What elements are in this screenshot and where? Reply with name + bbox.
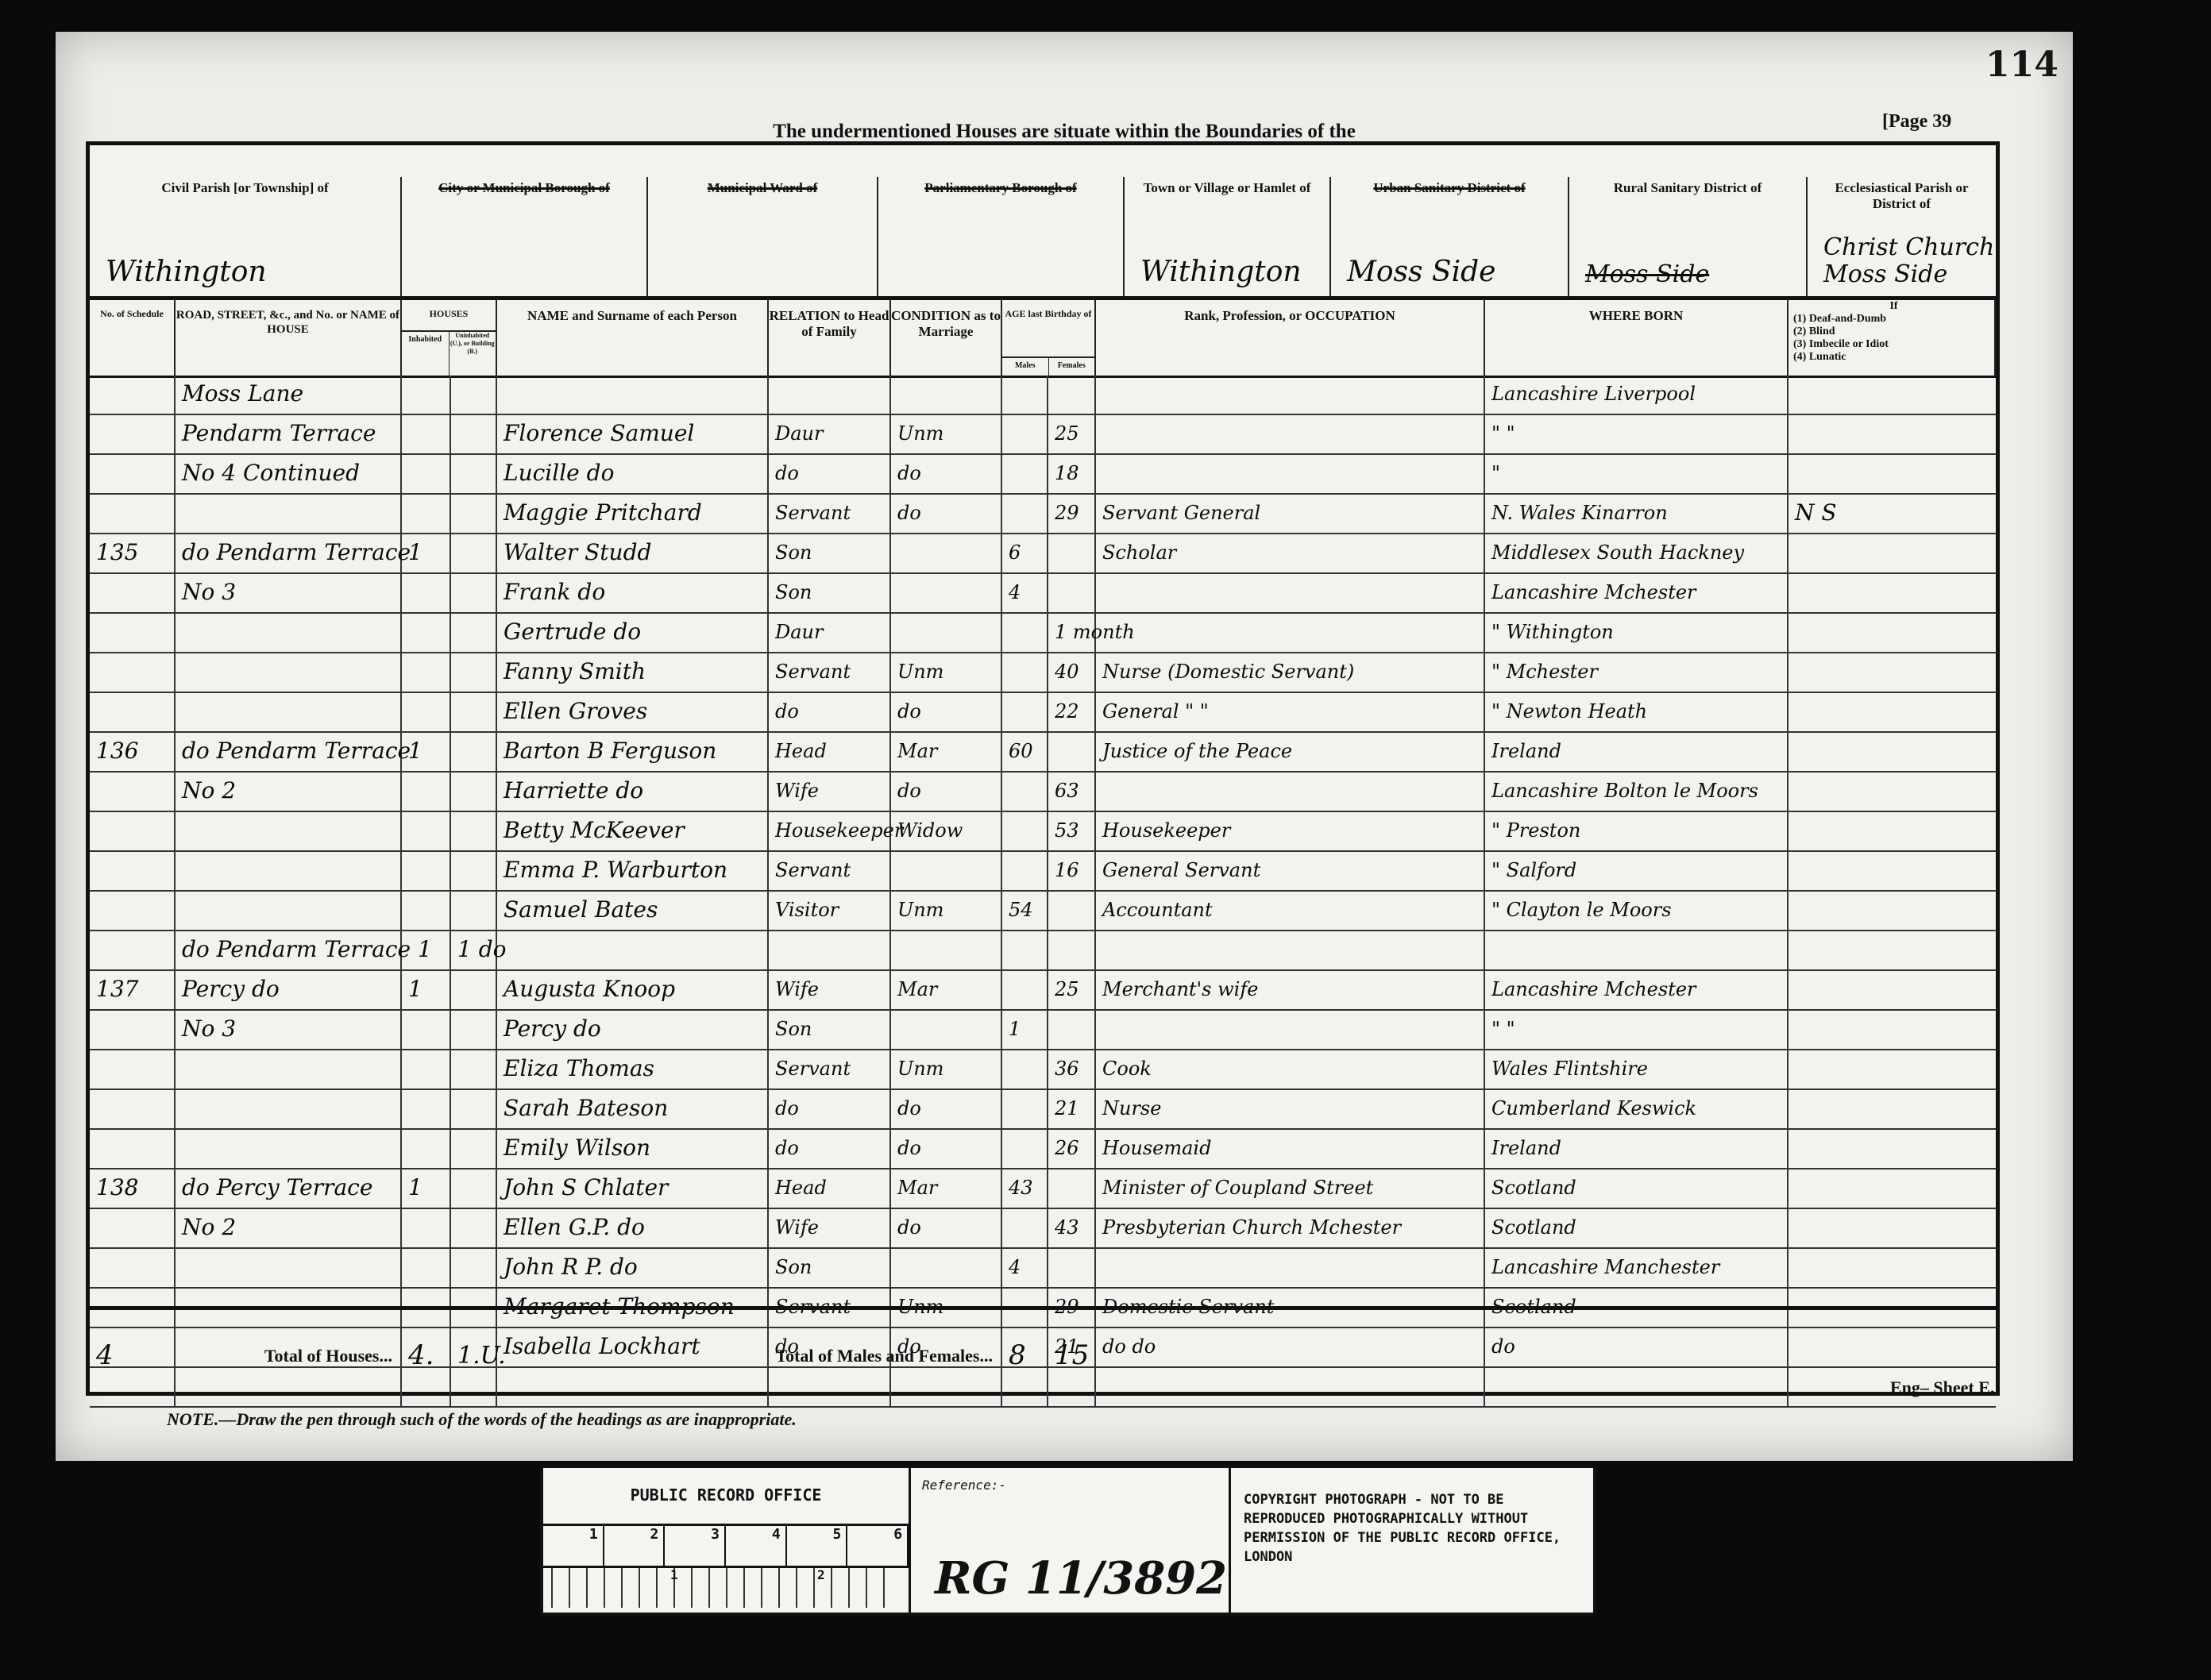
cell-uninh	[451, 693, 497, 731]
boundary-rural-sanitary: Rural Sanitary District of Moss Side	[1569, 177, 1808, 296]
cell-relation: Servant	[769, 852, 891, 890]
table-header: No. of Schedule ROAD, STREET, &c., and N…	[90, 300, 1996, 378]
census-rows: Moss LaneLancashire LiverpoolPendarm Ter…	[90, 376, 1996, 1408]
cell-male: 4	[1002, 574, 1048, 612]
cell-road	[176, 693, 402, 731]
cell-name: Frank do	[497, 574, 769, 612]
cell-male	[1002, 693, 1048, 731]
boundary-ecclesiastical: Ecclesiastical Parish or District of Chr…	[1808, 177, 1996, 296]
cell-uninh	[451, 534, 497, 572]
cell-infirmity	[1788, 415, 1996, 453]
cell-infirmity	[1788, 1169, 1996, 1208]
cell-born: Lancashire Manchester	[1485, 1249, 1788, 1287]
cell-name: Augusta Knoop	[497, 971, 769, 1009]
cell-condition: do	[891, 1090, 1002, 1128]
cell-road: do Pendarm Terrace	[176, 534, 402, 572]
cell-infirmity	[1788, 773, 1996, 811]
cell-infirmity	[1788, 376, 1996, 414]
cell-relation: do	[769, 693, 891, 731]
ruler-cm: 1 2 3 4 5 6	[543, 1526, 909, 1568]
cell-inh	[402, 812, 451, 850]
boundary-municipal-borough: City or Municipal Borough of	[402, 177, 648, 296]
cell-inh	[402, 1209, 451, 1247]
cell-female: 40	[1048, 653, 1096, 692]
cell-infirmity	[1788, 812, 1996, 850]
cell-condition: do	[891, 455, 1002, 493]
cell-infirmity	[1788, 653, 1996, 692]
table-row: No 2Harriette doWifedo63Lancashire Bolto…	[90, 773, 1996, 812]
cell-infirmity	[1788, 455, 1996, 493]
cell-condition: do	[891, 773, 1002, 811]
cell-occupation: Minister of Coupland Street	[1096, 1169, 1485, 1208]
cell-uninh	[451, 1090, 497, 1128]
cell-condition: Mar	[891, 971, 1002, 1009]
cell-relation: Housekeeper	[769, 812, 891, 850]
cell-road: do Pendarm Terrace 1	[176, 931, 402, 969]
cell-uninh	[451, 812, 497, 850]
cell-uninh	[451, 376, 497, 414]
cell-male: 43	[1002, 1169, 1048, 1208]
reference-number: RG 11/3892	[935, 1552, 1227, 1605]
cell-uninh	[451, 733, 497, 771]
total-males: 8	[1002, 1310, 1048, 1401]
cell-schedule: 138	[90, 1169, 176, 1208]
cell-infirmity	[1788, 1090, 1996, 1128]
boundary-urban-sanitary: Urban Sanitary District of Moss Side	[1331, 177, 1569, 296]
cell-infirmity	[1788, 574, 1996, 612]
cell-inh	[402, 693, 451, 731]
cell-uninh	[451, 653, 497, 692]
cell-female: 25	[1048, 971, 1096, 1009]
cell-occupation: Presbyterian Church Mchester	[1096, 1209, 1485, 1247]
cell-female: 22	[1048, 693, 1096, 731]
cell-occupation	[1096, 455, 1485, 493]
col-name: NAME and Surname of each Person	[497, 300, 769, 376]
cell-male	[1002, 653, 1048, 692]
cell-relation: Visitor	[769, 892, 891, 930]
col-condition: CONDITION as to Marriage	[891, 300, 1002, 376]
cell-inh	[402, 1249, 451, 1287]
col-age: AGE last Birthday of Males Females	[1002, 300, 1096, 376]
table-row: Maggie PritchardServantdo29Servant Gener…	[90, 495, 1996, 534]
cell-condition: do	[891, 1130, 1002, 1168]
cell-schedule	[90, 931, 176, 969]
cell-male: 1	[1002, 1011, 1048, 1049]
cell-male	[1002, 495, 1048, 533]
cell-name: Emily Wilson	[497, 1130, 769, 1168]
cell-inh	[402, 1050, 451, 1089]
cell-name: Gertrude do	[497, 614, 769, 652]
table-row: No 2Ellen G.P. doWifedo43Presbyterian Ch…	[90, 1209, 1996, 1249]
table-row: Pendarm TerraceFlorence SamuelDaurUnm25"…	[90, 415, 1996, 455]
cell-road	[176, 852, 402, 890]
cell-schedule	[90, 812, 176, 850]
page-heading: The undermentioned Houses are situate wi…	[56, 121, 2073, 143]
cell-male	[1002, 971, 1048, 1009]
cell-inh	[402, 852, 451, 890]
cell-uninh	[451, 1130, 497, 1168]
cell-infirmity	[1788, 733, 1996, 771]
table-row: No 3Frank doSon4Lancashire Mchester	[90, 574, 1996, 614]
total-females: 15	[1048, 1310, 1096, 1401]
cell-infirmity	[1788, 1011, 1996, 1049]
cell-relation: Daur	[769, 415, 891, 453]
cell-relation: do	[769, 1130, 891, 1168]
cell-female	[1048, 534, 1096, 572]
col-schedule: No. of Schedule	[90, 300, 176, 376]
cell-uninh	[451, 1011, 497, 1049]
cell-schedule	[90, 773, 176, 811]
ruler-box: PUBLIC RECORD OFFICE 1 2 3 4 5 6 1 2	[543, 1468, 911, 1613]
cell-inh	[402, 1130, 451, 1168]
cell-male	[1002, 1050, 1048, 1089]
cell-name: Emma P. Warburton	[497, 852, 769, 890]
cell-condition: Unm	[891, 415, 1002, 453]
col-where-born: WHERE BORN	[1485, 300, 1788, 376]
cell-born: " Preston	[1485, 812, 1788, 850]
cell-road: Moss Lane	[176, 376, 402, 414]
cell-infirmity	[1788, 1050, 1996, 1089]
cell-occupation	[1096, 1011, 1485, 1049]
cell-relation: Daur	[769, 614, 891, 652]
cell-condition: Unm	[891, 1050, 1002, 1089]
cell-name: Barton B Ferguson	[497, 733, 769, 771]
cell-road	[176, 614, 402, 652]
cell-name: Samuel Bates	[497, 892, 769, 930]
cell-road	[176, 495, 402, 533]
sheet-label: Eng– Sheet E.	[1890, 1378, 1994, 1398]
cell-name: Sarah Bateson	[497, 1090, 769, 1128]
totals-row: 4 Total of Houses... 4. 1.U. Total of Ma…	[90, 1306, 1996, 1401]
cell-schedule	[90, 376, 176, 414]
table-row: Moss LaneLancashire Liverpool	[90, 376, 1996, 415]
cell-condition: do	[891, 495, 1002, 533]
cell-female	[1048, 1011, 1096, 1049]
cell-name: Ellen Groves	[497, 693, 769, 731]
cell-infirmity	[1788, 1249, 1996, 1287]
cell-born: " "	[1485, 415, 1788, 453]
cell-name: Fanny Smith	[497, 653, 769, 692]
cell-schedule	[90, 1011, 176, 1049]
cell-relation: Son	[769, 574, 891, 612]
cell-occupation: Housemaid	[1096, 1130, 1485, 1168]
cell-road	[176, 1050, 402, 1089]
cell-occupation: Cook	[1096, 1050, 1485, 1089]
cell-schedule	[90, 693, 176, 731]
cell-inh	[402, 614, 451, 652]
cell-occupation: Housekeeper	[1096, 812, 1485, 850]
cell-occupation	[1096, 931, 1485, 969]
cell-occupation: Servant General	[1096, 495, 1485, 533]
total-uninhabited: 1.U.	[451, 1310, 497, 1401]
cell-condition	[891, 1249, 1002, 1287]
footer-note: NOTE.—Draw the pen through such of the w…	[167, 1409, 797, 1430]
cell-road: No 4 Continued	[176, 455, 402, 493]
cell-born: Scotland	[1485, 1209, 1788, 1247]
cell-condition: do	[891, 693, 1002, 731]
cell-inh: 1	[402, 1169, 451, 1208]
cell-uninh	[451, 773, 497, 811]
cell-infirmity	[1788, 931, 1996, 969]
cell-name: Eliza Thomas	[497, 1050, 769, 1089]
cell-born: " Salford	[1485, 852, 1788, 890]
cell-occupation	[1096, 415, 1485, 453]
table-row: Fanny SmithServantUnm40Nurse (Domestic S…	[90, 653, 1996, 693]
cell-female: 1 month	[1048, 614, 1096, 652]
cell-road: do Pendarm Terrace	[176, 733, 402, 771]
cell-relation: Son	[769, 1249, 891, 1287]
table-row: 137Percy do1Augusta KnoopWifeMar25Mercha…	[90, 971, 1996, 1011]
cell-road	[176, 812, 402, 850]
cell-relation: Wife	[769, 971, 891, 1009]
cell-female	[1048, 1169, 1096, 1208]
cell-female	[1048, 376, 1096, 414]
cell-female	[1048, 574, 1096, 612]
cell-name: Walter Studd	[497, 534, 769, 572]
cell-born: " Clayton le Moors	[1485, 892, 1788, 930]
cell-road: No 2	[176, 1209, 402, 1247]
total-inhabited: 4.	[402, 1310, 451, 1401]
cell-condition	[891, 614, 1002, 652]
table-row: No 4 ContinuedLucille dododo18"	[90, 455, 1996, 495]
cell-name: Florence Samuel	[497, 415, 769, 453]
cell-condition	[891, 1011, 1002, 1049]
table-row: do Pendarm Terrace 11 do	[90, 931, 1996, 971]
cell-schedule	[90, 415, 176, 453]
cell-female: 26	[1048, 1130, 1096, 1168]
cell-condition	[891, 852, 1002, 890]
cell-occupation: Merchant's wife	[1096, 971, 1485, 1009]
cell-road: No 3	[176, 1011, 402, 1049]
table-row: Eliza ThomasServantUnm36CookWales Flints…	[90, 1050, 1996, 1090]
cell-born: Ireland	[1485, 733, 1788, 771]
table-row: John R P. doSon4Lancashire Manchester	[90, 1249, 1996, 1289]
cell-male	[1002, 1130, 1048, 1168]
cell-occupation	[1096, 574, 1485, 612]
cell-inh	[402, 773, 451, 811]
cell-uninh	[451, 495, 497, 533]
cell-inh	[402, 495, 451, 533]
cell-road	[176, 1130, 402, 1168]
cell-schedule: 135	[90, 534, 176, 572]
cell-road	[176, 892, 402, 930]
cell-road: No 2	[176, 773, 402, 811]
cell-male	[1002, 1090, 1048, 1128]
cell-male	[1002, 1209, 1048, 1247]
cell-name	[497, 376, 769, 414]
cell-infirmity	[1788, 534, 1996, 572]
cell-relation: do	[769, 455, 891, 493]
record-office-stamp: PUBLIC RECORD OFFICE 1 2 3 4 5 6 1 2 Ref…	[540, 1465, 1596, 1616]
boundary-municipal-ward: Municipal Ward of	[648, 177, 878, 296]
col-occupation: Rank, Profession, or OCCUPATION	[1096, 300, 1485, 376]
cell-inh	[402, 455, 451, 493]
cell-road	[176, 653, 402, 692]
cell-male	[1002, 812, 1048, 850]
cell-condition: Unm	[891, 653, 1002, 692]
cell-born: "	[1485, 455, 1788, 493]
cell-condition: do	[891, 1209, 1002, 1247]
cell-uninh	[451, 1209, 497, 1247]
cell-name: Percy do	[497, 1011, 769, 1049]
cell-relation: Son	[769, 1011, 891, 1049]
cell-schedule	[90, 653, 176, 692]
cell-born: Wales Flintshire	[1485, 1050, 1788, 1089]
folio-number: 114	[1985, 44, 2059, 85]
cell-female: 16	[1048, 852, 1096, 890]
cell-schedule	[90, 1130, 176, 1168]
cell-occupation: General Servant	[1096, 852, 1485, 890]
cell-occupation: Nurse (Domestic Servant)	[1096, 653, 1485, 692]
cell-relation: Wife	[769, 1209, 891, 1247]
table-row: No 3Percy doSon1" "	[90, 1011, 1996, 1050]
cell-infirmity	[1788, 971, 1996, 1009]
cell-male	[1002, 376, 1048, 414]
cell-uninh	[451, 1169, 497, 1208]
ruler-ticks	[551, 1568, 901, 1608]
col-road: ROAD, STREET, &c., and No. or NAME of HO…	[176, 300, 402, 376]
cell-condition: Mar	[891, 733, 1002, 771]
cell-uninh	[451, 614, 497, 652]
cell-born: Middlesex South Hackney	[1485, 534, 1788, 572]
cell-occupation	[1096, 614, 1485, 652]
cell-uninh	[451, 1249, 497, 1287]
table-row: Gertrude doDaur1 month" Withington	[90, 614, 1996, 653]
total-schedules: 4	[90, 1310, 176, 1401]
cell-relation: Servant	[769, 1050, 891, 1089]
cell-infirmity	[1788, 852, 1996, 890]
cell-inh	[402, 1011, 451, 1049]
cell-female: 53	[1048, 812, 1096, 850]
cell-male: 54	[1002, 892, 1048, 930]
cell-schedule	[90, 614, 176, 652]
col-infirmity: If (1) Deaf-and-Dumb (2) Blind (3) Imbec…	[1788, 300, 1996, 376]
census-form: Civil Parish [or Township] of Withington…	[86, 141, 2000, 1396]
cell-female: 43	[1048, 1209, 1096, 1247]
cell-schedule: 137	[90, 971, 176, 1009]
cell-road	[176, 1249, 402, 1287]
cell-schedule	[90, 1050, 176, 1089]
cell-male: 60	[1002, 733, 1048, 771]
cell-condition	[891, 376, 1002, 414]
cell-schedule	[90, 1249, 176, 1287]
cell-uninh	[451, 852, 497, 890]
cell-relation	[769, 376, 891, 414]
cell-relation: Servant	[769, 653, 891, 692]
cell-inh	[402, 376, 451, 414]
cell-male: 6	[1002, 534, 1048, 572]
cell-infirmity	[1788, 614, 1996, 652]
cell-female: 18	[1048, 455, 1096, 493]
table-row: Ellen Grovesdodo22General " "" Newton He…	[90, 693, 1996, 733]
col-houses: HOUSES Inhabited Uninhabited (U.), or Bu…	[402, 300, 497, 376]
cell-uninh	[451, 455, 497, 493]
boundary-civil-parish: Civil Parish [or Township] of Withington	[90, 177, 402, 296]
cell-name: John R P. do	[497, 1249, 769, 1287]
cell-infirmity	[1788, 1130, 1996, 1168]
table-row: Betty McKeeverHousekeeperWidow53Housekee…	[90, 812, 1996, 852]
total-persons-label: Total of Males and Females...	[497, 1310, 1002, 1401]
cell-born: " Withington	[1485, 614, 1788, 652]
cell-relation: Head	[769, 733, 891, 771]
cell-occupation: Nurse	[1096, 1090, 1485, 1128]
cell-female: 21	[1048, 1090, 1096, 1128]
cell-schedule	[90, 574, 176, 612]
cell-occupation: Scholar	[1096, 534, 1485, 572]
cell-uninh	[451, 574, 497, 612]
total-houses-label: Total of Houses...	[176, 1310, 402, 1401]
reference-box: Reference:- RG 11/3892	[911, 1468, 1231, 1613]
cell-male	[1002, 415, 1048, 453]
cell-relation: Head	[769, 1169, 891, 1208]
cell-female	[1048, 931, 1096, 969]
table-row: Emily Wilsondodo26HousemaidIreland	[90, 1130, 1996, 1169]
cell-inh	[402, 931, 451, 969]
cell-male	[1002, 614, 1048, 652]
cell-female	[1048, 892, 1096, 930]
cell-relation	[769, 931, 891, 969]
cell-occupation	[1096, 376, 1485, 414]
col-relation: RELATION to Head of Family	[769, 300, 891, 376]
table-row: 135do Pendarm Terrace1Walter StuddSon6Sc…	[90, 534, 1996, 574]
cell-condition	[891, 574, 1002, 612]
cell-schedule	[90, 892, 176, 930]
cell-female: 36	[1048, 1050, 1096, 1089]
cell-female: 25	[1048, 415, 1096, 453]
cell-infirmity	[1788, 892, 1996, 930]
cell-uninh	[451, 1050, 497, 1089]
cell-name: Harriette do	[497, 773, 769, 811]
cell-occupation: Accountant	[1096, 892, 1485, 930]
cell-uninh	[451, 415, 497, 453]
cell-born	[1485, 931, 1788, 969]
census-page: 114 [Page 39 The undermentioned Houses a…	[56, 32, 2073, 1461]
cell-name	[497, 931, 769, 969]
cell-female	[1048, 733, 1096, 771]
cell-condition: Mar	[891, 1169, 1002, 1208]
cell-born: " "	[1485, 1011, 1788, 1049]
cell-name: Ellen G.P. do	[497, 1209, 769, 1247]
cell-uninh: 1 do	[451, 931, 497, 969]
cell-road: do Percy Terrace	[176, 1169, 402, 1208]
cell-condition	[891, 931, 1002, 969]
cell-male	[1002, 852, 1048, 890]
cell-born: Scotland	[1485, 1169, 1788, 1208]
cell-born: Ireland	[1485, 1130, 1788, 1168]
table-row: Sarah Batesondodo21NurseCumberland Keswi…	[90, 1090, 1996, 1130]
cell-infirmity: N S	[1788, 495, 1996, 533]
cell-name: Lucille do	[497, 455, 769, 493]
copyright-notice: COPYRIGHT PHOTOGRAPH - NOT TO BE REPRODU…	[1231, 1468, 1593, 1613]
cell-name: Betty McKeever	[497, 812, 769, 850]
cell-occupation	[1096, 1249, 1485, 1287]
cell-female: 29	[1048, 495, 1096, 533]
cell-condition: Unm	[891, 892, 1002, 930]
cell-relation: Son	[769, 534, 891, 572]
cell-infirmity	[1788, 1209, 1996, 1247]
cell-born: Lancashire Bolton le Moors	[1485, 773, 1788, 811]
cell-schedule	[90, 495, 176, 533]
cell-road: Pendarm Terrace	[176, 415, 402, 453]
cell-inh: 1	[402, 971, 451, 1009]
cell-inh	[402, 892, 451, 930]
cell-occupation: General " "	[1096, 693, 1485, 731]
cell-schedule	[90, 1090, 176, 1128]
cell-occupation: Justice of the Peace	[1096, 733, 1485, 771]
cell-inh	[402, 653, 451, 692]
cell-uninh	[451, 892, 497, 930]
cell-born: N. Wales Kinarron	[1485, 495, 1788, 533]
